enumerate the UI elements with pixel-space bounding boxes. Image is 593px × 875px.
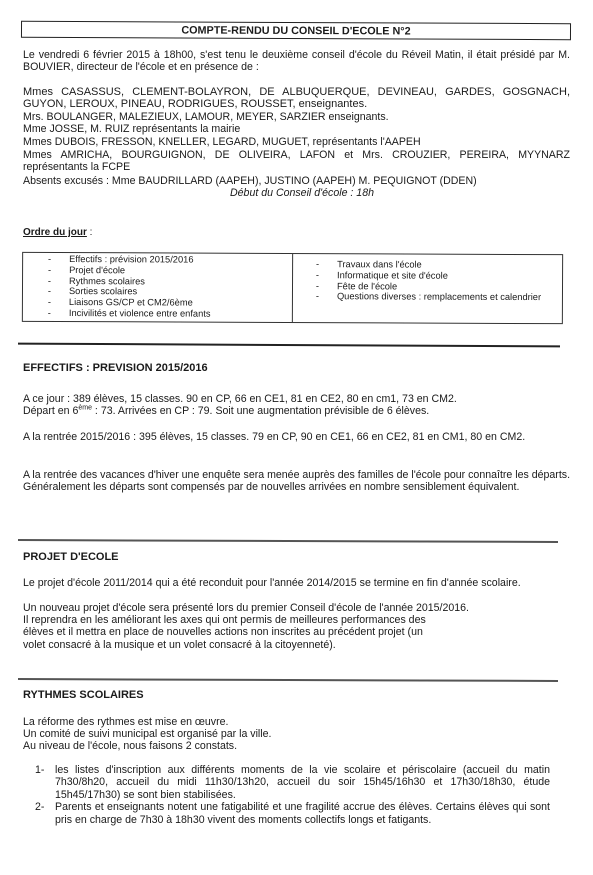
agenda-label: Ordre du jour: [23, 227, 87, 238]
dash-bullet-icon: -: [293, 259, 337, 270]
dash-bullet-icon: -: [293, 291, 337, 302]
section-divider: [18, 539, 558, 543]
agenda-item-label: Incivilités et violence entre enfants: [69, 308, 211, 319]
rythmes-line-1: La réforme des rythmes est mise en œuvre…: [23, 716, 570, 728]
rythmes-line-2: Un comité de suivi municipal est organis…: [23, 728, 570, 740]
section-heading-effectifs: EFFECTIFS : PREVISION 2015/2016: [23, 362, 208, 374]
agenda-item-label: Effectifs : prévision 2015/2016: [69, 254, 193, 265]
dash-bullet-icon: -: [23, 286, 69, 297]
superscript: ème: [78, 404, 92, 411]
agenda-item-label: Projet d'école: [69, 265, 125, 276]
document-title: COMPTE-RENDU DU CONSEIL D'ECOLE N°2: [21, 21, 571, 40]
projet-paragraph-3: Il reprendra en les améliorant les axes …: [23, 614, 443, 651]
rythmes-line-3: Au niveau de l'école, nous faisons 2 con…: [23, 740, 570, 752]
attendees-fcpe: Mmes AMRICHA, BOURGUIGNON, DE OLIVEIRA, …: [23, 149, 570, 174]
agenda-label-suffix: :: [87, 227, 93, 238]
effectifs-movement: Départ en 6ème : 73. Arrivées en CP : 79…: [23, 405, 570, 417]
projet-paragraph-1: Le projet d'école 2011/2014 qui a été re…: [23, 577, 523, 589]
effectifs-next-year: A la rentrée 2015/2016 : 395 élèves, 15 …: [23, 431, 570, 443]
finding-text: Parents et enseignants notent une fatiga…: [55, 801, 550, 826]
attendees-mairie: Mme JOSSE, M. RUIZ représentants la mair…: [23, 123, 570, 135]
agenda-item-label: Rythmes scolaires: [69, 276, 145, 287]
agenda-item: -Questions diverses : remplacements et c…: [293, 291, 562, 303]
finding-item: 2- Parents et enseignants notent une fat…: [35, 801, 550, 826]
dash-bullet-icon: -: [23, 265, 69, 276]
attendees-teachers-women: Mmes CASASSUS, CLEMENT-BOLAYRON, DE ALBU…: [23, 86, 570, 111]
document-page: COMPTE-RENDU DU CONSEIL D'ECOLE N°2 Le v…: [0, 0, 593, 875]
start-note: Début du Conseil d'école : 18h: [22, 187, 582, 199]
agenda-item-label: Travaux dans l'école: [337, 259, 422, 270]
finding-item: 1- les listes d'inscription aux différen…: [35, 764, 550, 801]
attendees-teachers-men: Mrs. BOULANGER, MALEZIEUX, LAMOUR, MEYER…: [23, 111, 570, 123]
section-divider: [18, 343, 560, 348]
text-fragment: Départ en 6: [23, 405, 78, 417]
attendees-aapeh: Mmes DUBOIS, FRESSON, KNELLER, LEGARD, M…: [23, 136, 570, 148]
intro-paragraph: Le vendredi 6 février 2015 à 18h00, s'es…: [23, 49, 570, 74]
agenda-box: -Effectifs : prévision 2015/2016 -Projet…: [22, 252, 563, 324]
attendees-absents: Absents excusés : Mme BAUDRILLARD (AAPEH…: [23, 175, 570, 187]
text-fragment: : 73. Arrivées en CP : 79. Soit une augm…: [92, 405, 429, 417]
projet-paragraph-2: Un nouveau projet d'école sera présenté …: [23, 602, 570, 614]
effectifs-survey: A la rentrée des vacances d'hiver une en…: [23, 469, 570, 494]
agenda-item-label: Liaisons GS/CP et CM2/6ème: [69, 297, 193, 308]
rythmes-findings-list: 1- les listes d'inscription aux différen…: [35, 764, 550, 826]
section-heading-rythmes: RYTHMES SCOLAIRES: [23, 689, 144, 701]
agenda-item-label: Fête de l'école: [337, 281, 397, 292]
finding-number: 1-: [35, 764, 55, 801]
dash-bullet-icon: -: [23, 275, 69, 286]
dash-bullet-icon: -: [23, 254, 69, 265]
agenda-item: -Incivilités et violence entre enfants: [23, 308, 292, 320]
agenda-column-right: -Travaux dans l'école -Informatique et s…: [293, 254, 562, 323]
agenda-heading: Ordre du jour :: [23, 227, 570, 239]
agenda-item-label: Informatique et site d'école: [337, 270, 448, 281]
dash-bullet-icon: -: [23, 308, 69, 319]
finding-number: 2-: [35, 801, 55, 826]
agenda-item-label: Sorties scolaires: [69, 286, 137, 297]
dash-bullet-icon: -: [293, 270, 337, 281]
agenda-column-left: -Effectifs : prévision 2015/2016 -Projet…: [23, 253, 293, 322]
dash-bullet-icon: -: [23, 297, 69, 308]
agenda-item-label: Questions diverses : remplacements et ca…: [337, 292, 541, 304]
finding-text: les listes d'inscription aux différents …: [55, 764, 550, 801]
section-divider: [18, 678, 558, 682]
dash-bullet-icon: -: [293, 281, 337, 292]
effectifs-current: A ce jour : 389 élèves, 15 classes. 90 e…: [23, 393, 570, 405]
section-heading-projet: PROJET D'ECOLE: [23, 551, 119, 563]
